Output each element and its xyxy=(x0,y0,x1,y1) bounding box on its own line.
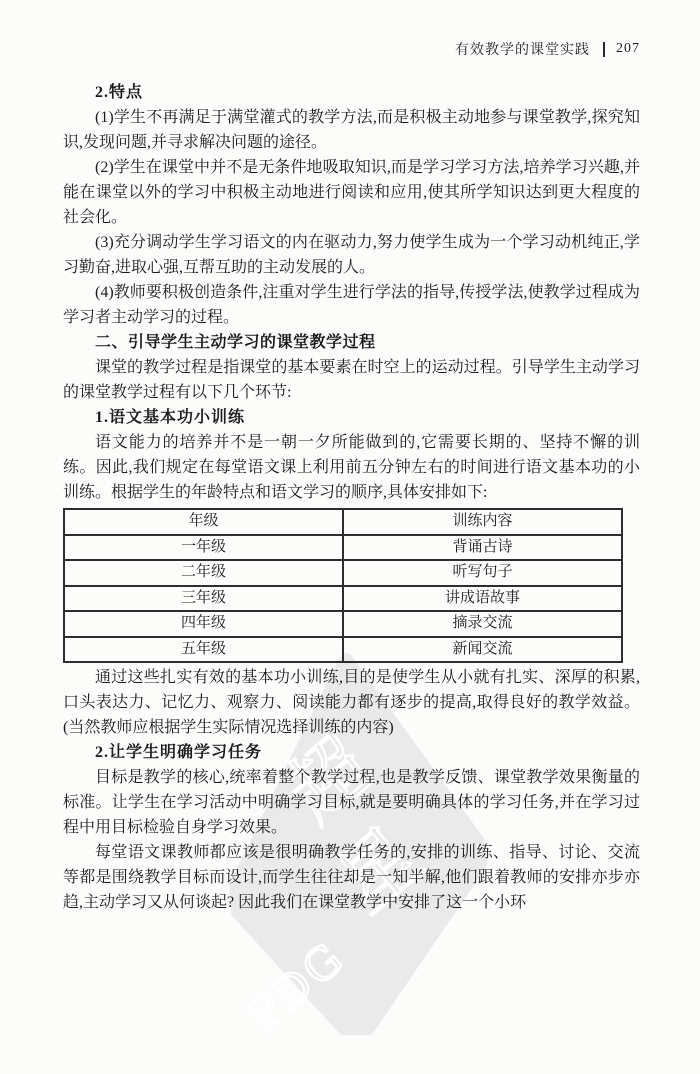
grade-cell: 一年级 xyxy=(64,535,343,561)
watermark-pdg-text: PDG xyxy=(239,932,355,1041)
grade-cell: 五年级 xyxy=(64,637,343,663)
header-divider xyxy=(603,42,605,57)
subheading-basic-skill-training: 1.语文基本功小训练 xyxy=(63,405,640,430)
paragraph: (2)学生在课堂中并不是无条件地吸取知识,而是学习学习方法,培养学习兴趣,并能在… xyxy=(63,155,640,230)
page-body: 2.特点 (1)学生不再满足于满堂灌式的教学方法,而是积极主动地参与课堂教学,探… xyxy=(63,80,640,915)
paragraph: 目标是教学的核心,统率着整个教学过程,也是教学反馈、课堂教学效果衡量的标准。让学… xyxy=(63,765,640,840)
subheading-features: 2.特点 xyxy=(63,80,640,105)
column-header-grade: 年级 xyxy=(64,509,343,535)
section-heading-active-learning: 二、引导学生主动学习的课堂教学过程 xyxy=(63,330,640,355)
table-row: 三年级 讲成语故事 xyxy=(64,586,622,612)
content-cell: 背诵古诗 xyxy=(343,535,622,561)
paragraph: (3)充分调动学生学习语文的内在驱动力,努力使学生成为一个学习动机纯正,学习勤奋… xyxy=(63,230,640,280)
content-cell: 摘录交流 xyxy=(343,611,622,637)
content-cell: 听写句子 xyxy=(343,560,622,586)
paragraph: 语文能力的培养并不是一朝一夕所能做到的,它需要长期的、坚持不懈的训练。因此,我们… xyxy=(63,430,640,505)
table-row: 五年级 新闻交流 xyxy=(64,637,622,663)
book-page: 有效教学的课堂实践 207 超 星 PDG 2.特点 (1)学生不再满足于满堂灌… xyxy=(0,0,700,1074)
content-cell: 新闻交流 xyxy=(343,637,622,663)
table-row: 四年级 摘录交流 xyxy=(64,611,622,637)
grade-cell: 四年级 xyxy=(64,611,343,637)
chapter-title: 有效教学的课堂实践 xyxy=(455,39,590,59)
paragraph: 每堂语文课教师都应该是很明确教学任务的,安排的训练、指导、讨论、交流等都是围绕教… xyxy=(63,840,640,915)
grade-cell: 二年级 xyxy=(64,560,343,586)
grade-cell: 三年级 xyxy=(64,586,343,612)
table-row: 一年级 背诵古诗 xyxy=(64,535,622,561)
paragraph: (4)教师要积极创造条件,注重对学生进行学法的指导,传授学法,使教学过程成为学习… xyxy=(63,280,640,330)
page-header: 有效教学的课堂实践 207 xyxy=(455,39,640,59)
paragraph: 通过这些扎实有效的基本功小训练,目的是使学生从小就有扎实、深厚的积累,口头表达力… xyxy=(63,665,640,740)
page-number: 207 xyxy=(616,41,640,57)
subheading-clarify-learning-tasks: 2.让学生明确学习任务 xyxy=(63,740,640,765)
column-header-content: 训练内容 xyxy=(343,509,622,535)
training-schedule-table: 年级 训练内容 一年级 背诵古诗 二年级 听写句子 三年级 讲成语故事 xyxy=(63,508,623,663)
table-header-row: 年级 训练内容 xyxy=(64,509,622,535)
paragraph: (1)学生不再满足于满堂灌式的教学方法,而是积极主动地参与课堂教学,探究知识,发… xyxy=(63,105,640,155)
content-cell: 讲成语故事 xyxy=(343,586,622,612)
table-row: 二年级 听写句子 xyxy=(64,560,622,586)
paragraph: 课堂的教学过程是指课堂的基本要素在时空上的运动过程。引导学生主动学习的课堂教学过… xyxy=(63,355,640,405)
